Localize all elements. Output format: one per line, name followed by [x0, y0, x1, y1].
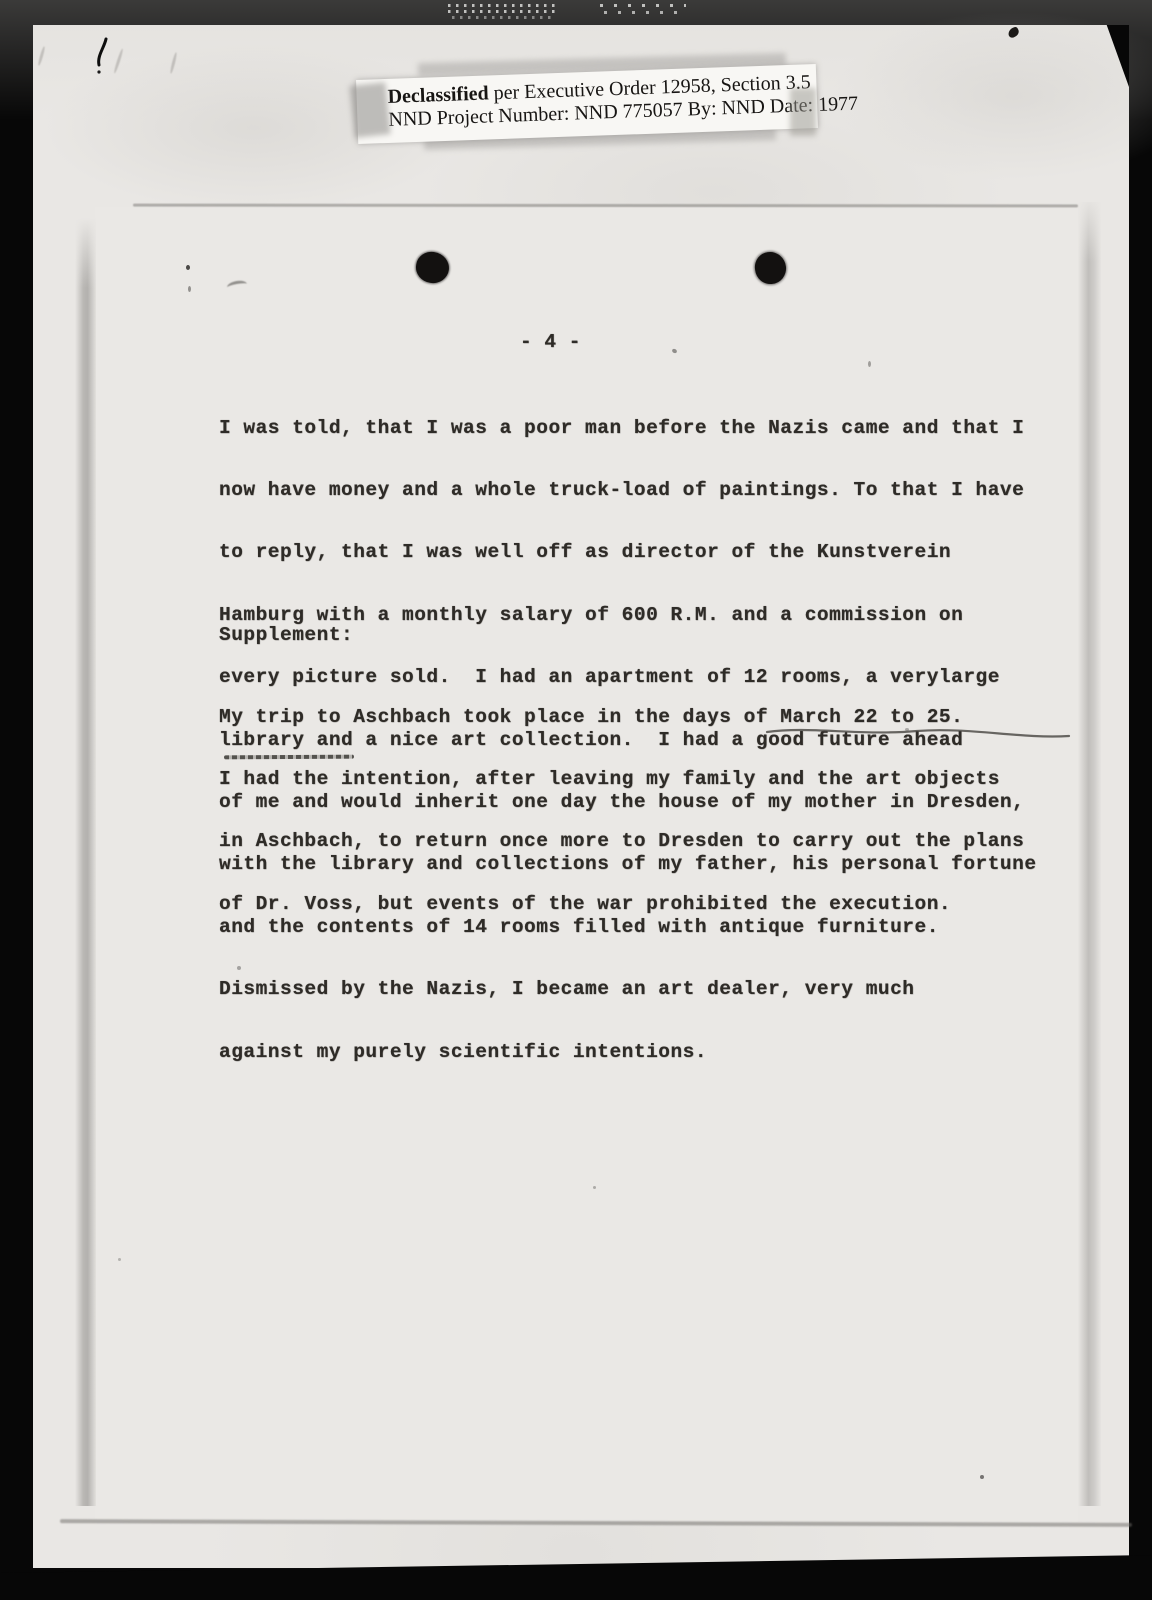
- stamp-declassified-label: Declassified: [387, 82, 489, 108]
- typed-line: Hamburg with a monthly salary of 600 R.M…: [219, 605, 1037, 626]
- film-edge-markings: [600, 4, 686, 7]
- typed-line: against my purely scientific intentions.: [219, 1042, 1037, 1063]
- typed-line: to reply, that I was well off as directo…: [219, 542, 1037, 563]
- paper-speck: [593, 1186, 596, 1189]
- microfilm-frame: Declassified per Executive Order 12958, …: [0, 0, 1152, 1600]
- paper-speck: [980, 1475, 984, 1479]
- film-edge-markings: [604, 11, 686, 14]
- typed-line: in Aschbach, to return once more to Dres…: [219, 831, 1024, 852]
- typed-line: I had the intention, after leaving my fa…: [219, 769, 1024, 790]
- handwritten-underline: [765, 722, 1073, 746]
- film-edge-markings: [448, 10, 560, 13]
- paper-speck: [237, 966, 241, 970]
- stamp-smudge-right: [790, 88, 816, 136]
- paper-speck: [905, 728, 909, 731]
- sheet-right-edge: [1078, 202, 1101, 1506]
- paper-speck: [186, 265, 190, 270]
- film-edge-markings: [452, 16, 552, 19]
- typed-underline-smudge: [224, 755, 354, 760]
- stamp-smudge-left: [349, 82, 390, 137]
- paper-speck: [868, 361, 871, 367]
- page-number: - 4 -: [520, 332, 581, 353]
- paper-speck: [188, 286, 191, 292]
- supplement-heading: Supplement:: [219, 625, 353, 646]
- typed-line: of Dr. Voss, but events of the war prohi…: [219, 894, 1024, 915]
- typed-line: I was told, that I was a poor man before…: [219, 418, 1037, 439]
- paragraph-supplement: My trip to Aschbach took place in the da…: [219, 665, 1024, 956]
- paper-speck: [118, 1258, 121, 1261]
- typed-line: Dismissed by the Nazis, I became an art …: [219, 979, 1037, 1000]
- pen-mark: [90, 36, 112, 78]
- film-edge-markings: [448, 4, 560, 7]
- typed-line: now have money and a whole truck-load of…: [219, 480, 1037, 501]
- sheet-left-edge: [75, 218, 96, 1506]
